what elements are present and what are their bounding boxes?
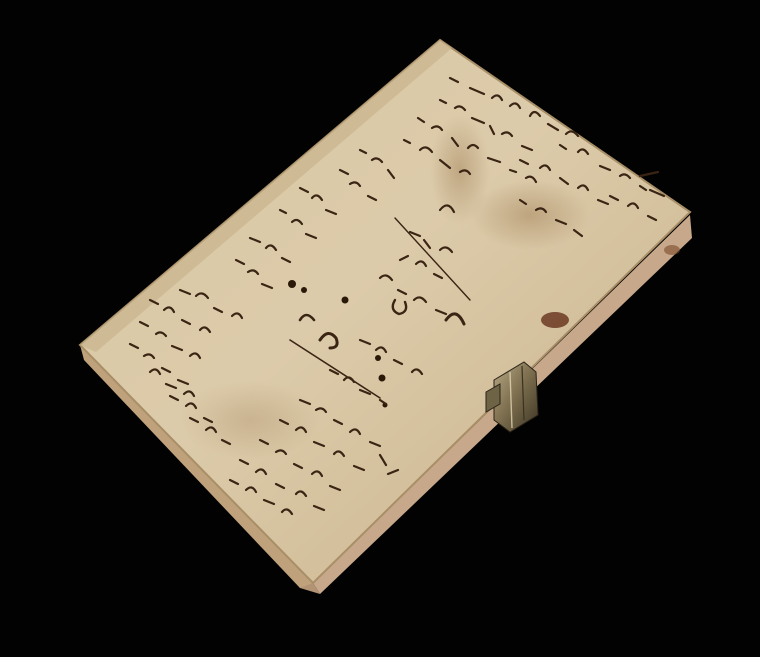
photo-scene: Small vellum-covered notebook with handw… — [0, 0, 760, 657]
notebook-photo — [0, 0, 760, 657]
ink-stain — [541, 312, 569, 328]
